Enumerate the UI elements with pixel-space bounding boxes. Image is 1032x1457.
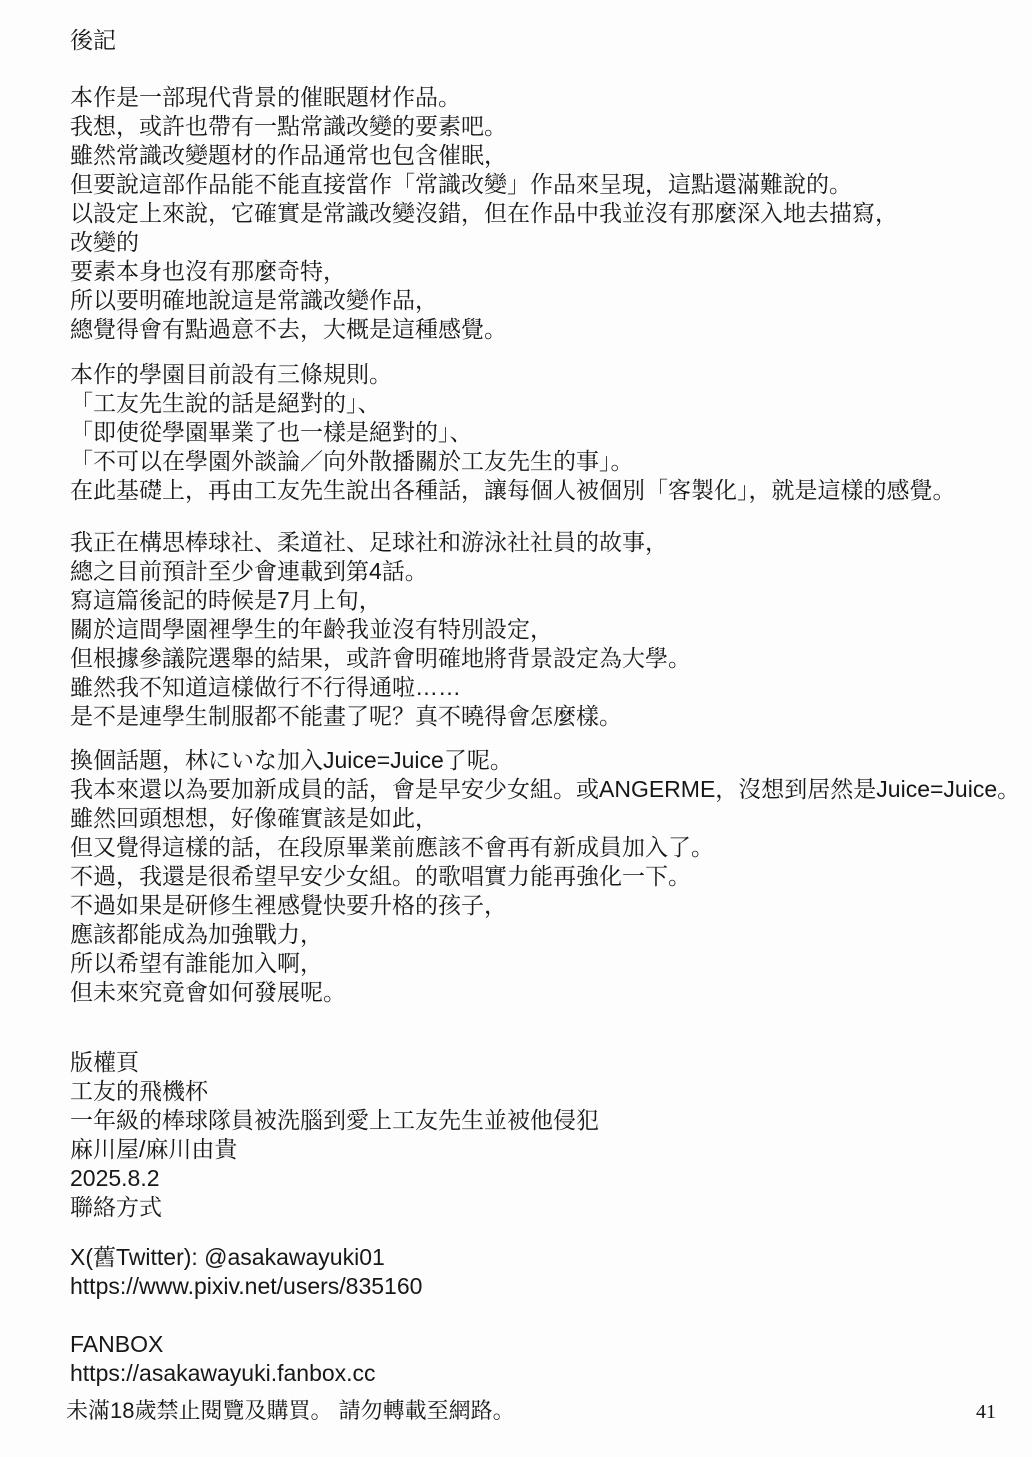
text-line: 我正在構思棒球社、柔道社、足球社和游泳社社員的故事，: [70, 528, 691, 557]
text-line: https://www.pixiv.net/users/835160: [70, 1272, 422, 1301]
text-line: 在此基礎上，再由工友先生說出各種話，讓每個人被個別「客製化」，就是這樣的感覺。: [70, 476, 956, 505]
page-number: 41: [976, 1400, 996, 1424]
text-line: 改變的: [70, 228, 898, 257]
text-line: 不過，我還是很希望早安少女組。的歌唱實力能再強化一下。: [70, 862, 1020, 891]
text-line: 換個話題，林にいな加入Juice=Juice了呢。: [70, 746, 1020, 775]
text-line: 總覺得會有點過意不去，大概是這種感覺。: [70, 315, 898, 344]
colophon-block: 版權頁工友的飛機杯一年級的棒球隊員被洗腦到愛上工友先生並被他侵犯麻川屋/麻川由貴…: [70, 1048, 599, 1222]
text-line: 「不可以在學園外談論／向外散播關於工友先生的事」。: [70, 447, 956, 476]
text-line: 一年級的棒球隊員被洗腦到愛上工友先生並被他侵犯: [70, 1106, 599, 1135]
text-line: 聯絡方式: [70, 1193, 599, 1222]
text-line: 但要說這部作品能不能直接當作「常識改變」作品來呈現，這點還滿難說的。: [70, 170, 898, 199]
text-line: 「工友先生說的話是絕對的」、: [70, 389, 956, 418]
text-line: 我本來還以為要加新成員的話，會是早安少女組。或ANGERME，沒想到居然是Jui…: [70, 775, 1020, 804]
text-line: FANBOX: [70, 1330, 376, 1359]
text-line: 應該都能成為加強戰力，: [70, 920, 1020, 949]
text-line: 所以要明確地說這是常識改變作品，: [70, 286, 898, 315]
contact-fanbox-block: FANBOXhttps://asakawayuki.fanbox.cc: [70, 1330, 376, 1388]
text-line: 不過如果是研修生裡感覺快要升格的孩子，: [70, 891, 1020, 920]
text-line: X(舊Twitter): @asakawayuki01: [70, 1243, 422, 1272]
text-line: 但未來究竟會如何發展呢。: [70, 978, 1020, 1007]
age-restriction-notice: 未滿18歲禁止閱覽及購買。 請勿轉載至網路。: [66, 1396, 515, 1425]
paragraph-idol-talk: 換個話題，林にいな加入Juice=Juice了呢。我本來還以為要加新成員的話，會…: [70, 746, 1020, 1007]
text-line: 版權頁: [70, 1048, 599, 1077]
text-line: 所以希望有誰能加入啊，: [70, 949, 1020, 978]
text-line: 總之目前預計至少會連載到第4話。: [70, 557, 691, 586]
text-line: 本作是一部現代背景的催眠題材作品。: [70, 83, 898, 112]
text-line: 要素本身也沒有那麼奇特，: [70, 257, 898, 286]
text-line: 我想，或許也帶有一點常識改變的要素吧。: [70, 112, 898, 141]
text-line: 雖然常識改變題材的作品通常也包含催眠，: [70, 141, 898, 170]
text-line: 但根據參議院選舉的結果，或許會明確地將背景設定為大學。: [70, 644, 691, 673]
text-line: 2025.8.2: [70, 1164, 599, 1193]
paragraph-school-rules: 本作的學園目前設有三條規則。「工友先生說的話是絕對的」、「即使從學園畢業了也一樣…: [70, 360, 956, 505]
text-line: 關於這間學園裡學生的年齡我並沒有特別設定，: [70, 615, 691, 644]
page-heading: 後記: [70, 26, 116, 55]
text-line: 本作的學園目前設有三條規則。: [70, 360, 956, 389]
text-line: 「即使從學園畢業了也一樣是絕對的」、: [70, 418, 956, 447]
text-line: 以設定上來說，它確實是常識改變沒錯，但在作品中我並沒有那麼深入地去描寫，: [70, 199, 898, 228]
text-line: 雖然回頭想想，好像確實該是如此，: [70, 804, 1020, 833]
paragraph-intro: 本作是一部現代背景的催眠題材作品。我想，或許也帶有一點常識改變的要素吧。雖然常識…: [70, 83, 898, 344]
text-line: 寫這篇後記的時候是7月上旬，: [70, 586, 691, 615]
text-line: 是不是連學生制服都不能畫了呢？真不曉得會怎麼樣。: [70, 702, 691, 731]
afterword-page: 後記 本作是一部現代背景的催眠題材作品。我想，或許也帶有一點常識改變的要素吧。雖…: [0, 0, 1032, 1457]
text-line: 麻川屋/麻川由貴: [70, 1135, 599, 1164]
text-line: 但又覺得這樣的話，在段原畢業前應該不會再有新成員加入了。: [70, 833, 1020, 862]
text-line: 工友的飛機杯: [70, 1077, 599, 1106]
paragraph-future-plans: 我正在構思棒球社、柔道社、足球社和游泳社社員的故事，總之目前預計至少會連載到第4…: [70, 528, 691, 731]
text-line: https://asakawayuki.fanbox.cc: [70, 1359, 376, 1388]
contact-x-pixiv-block: X(舊Twitter): @asakawayuki01https://www.p…: [70, 1243, 422, 1301]
text-line: 雖然我不知道這樣做行不行得通啦……: [70, 673, 691, 702]
